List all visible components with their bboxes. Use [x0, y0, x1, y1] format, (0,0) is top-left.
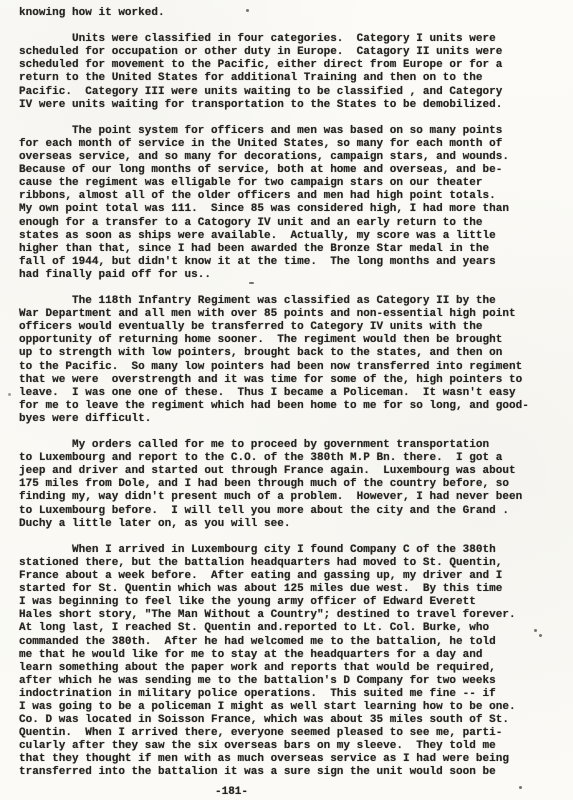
document-body: knowing how it worked. Units were classi… [19, 7, 559, 780]
paragraph: My orders called for me to proceed by go… [19, 439, 559, 531]
scan-speck [8, 393, 11, 396]
paragraph: The point system for officers and men wa… [19, 125, 559, 282]
paragraph: Units were classified in four categories… [19, 33, 559, 112]
document-page: knowing how it worked. Units were classi… [0, 0, 573, 800]
page-number: -181- [215, 786, 559, 799]
paragraph: The 118th Infantry Regiment was classifi… [19, 295, 559, 426]
scan-speck [246, 9, 249, 12]
scan-speck [519, 786, 522, 789]
paragraph: knowing how it worked. [19, 7, 559, 20]
paragraph: When I arrived in Luxembourg city I foun… [19, 544, 559, 780]
scan-speck [249, 282, 254, 284]
scan-speck [539, 634, 542, 637]
scan-speck [534, 629, 537, 632]
